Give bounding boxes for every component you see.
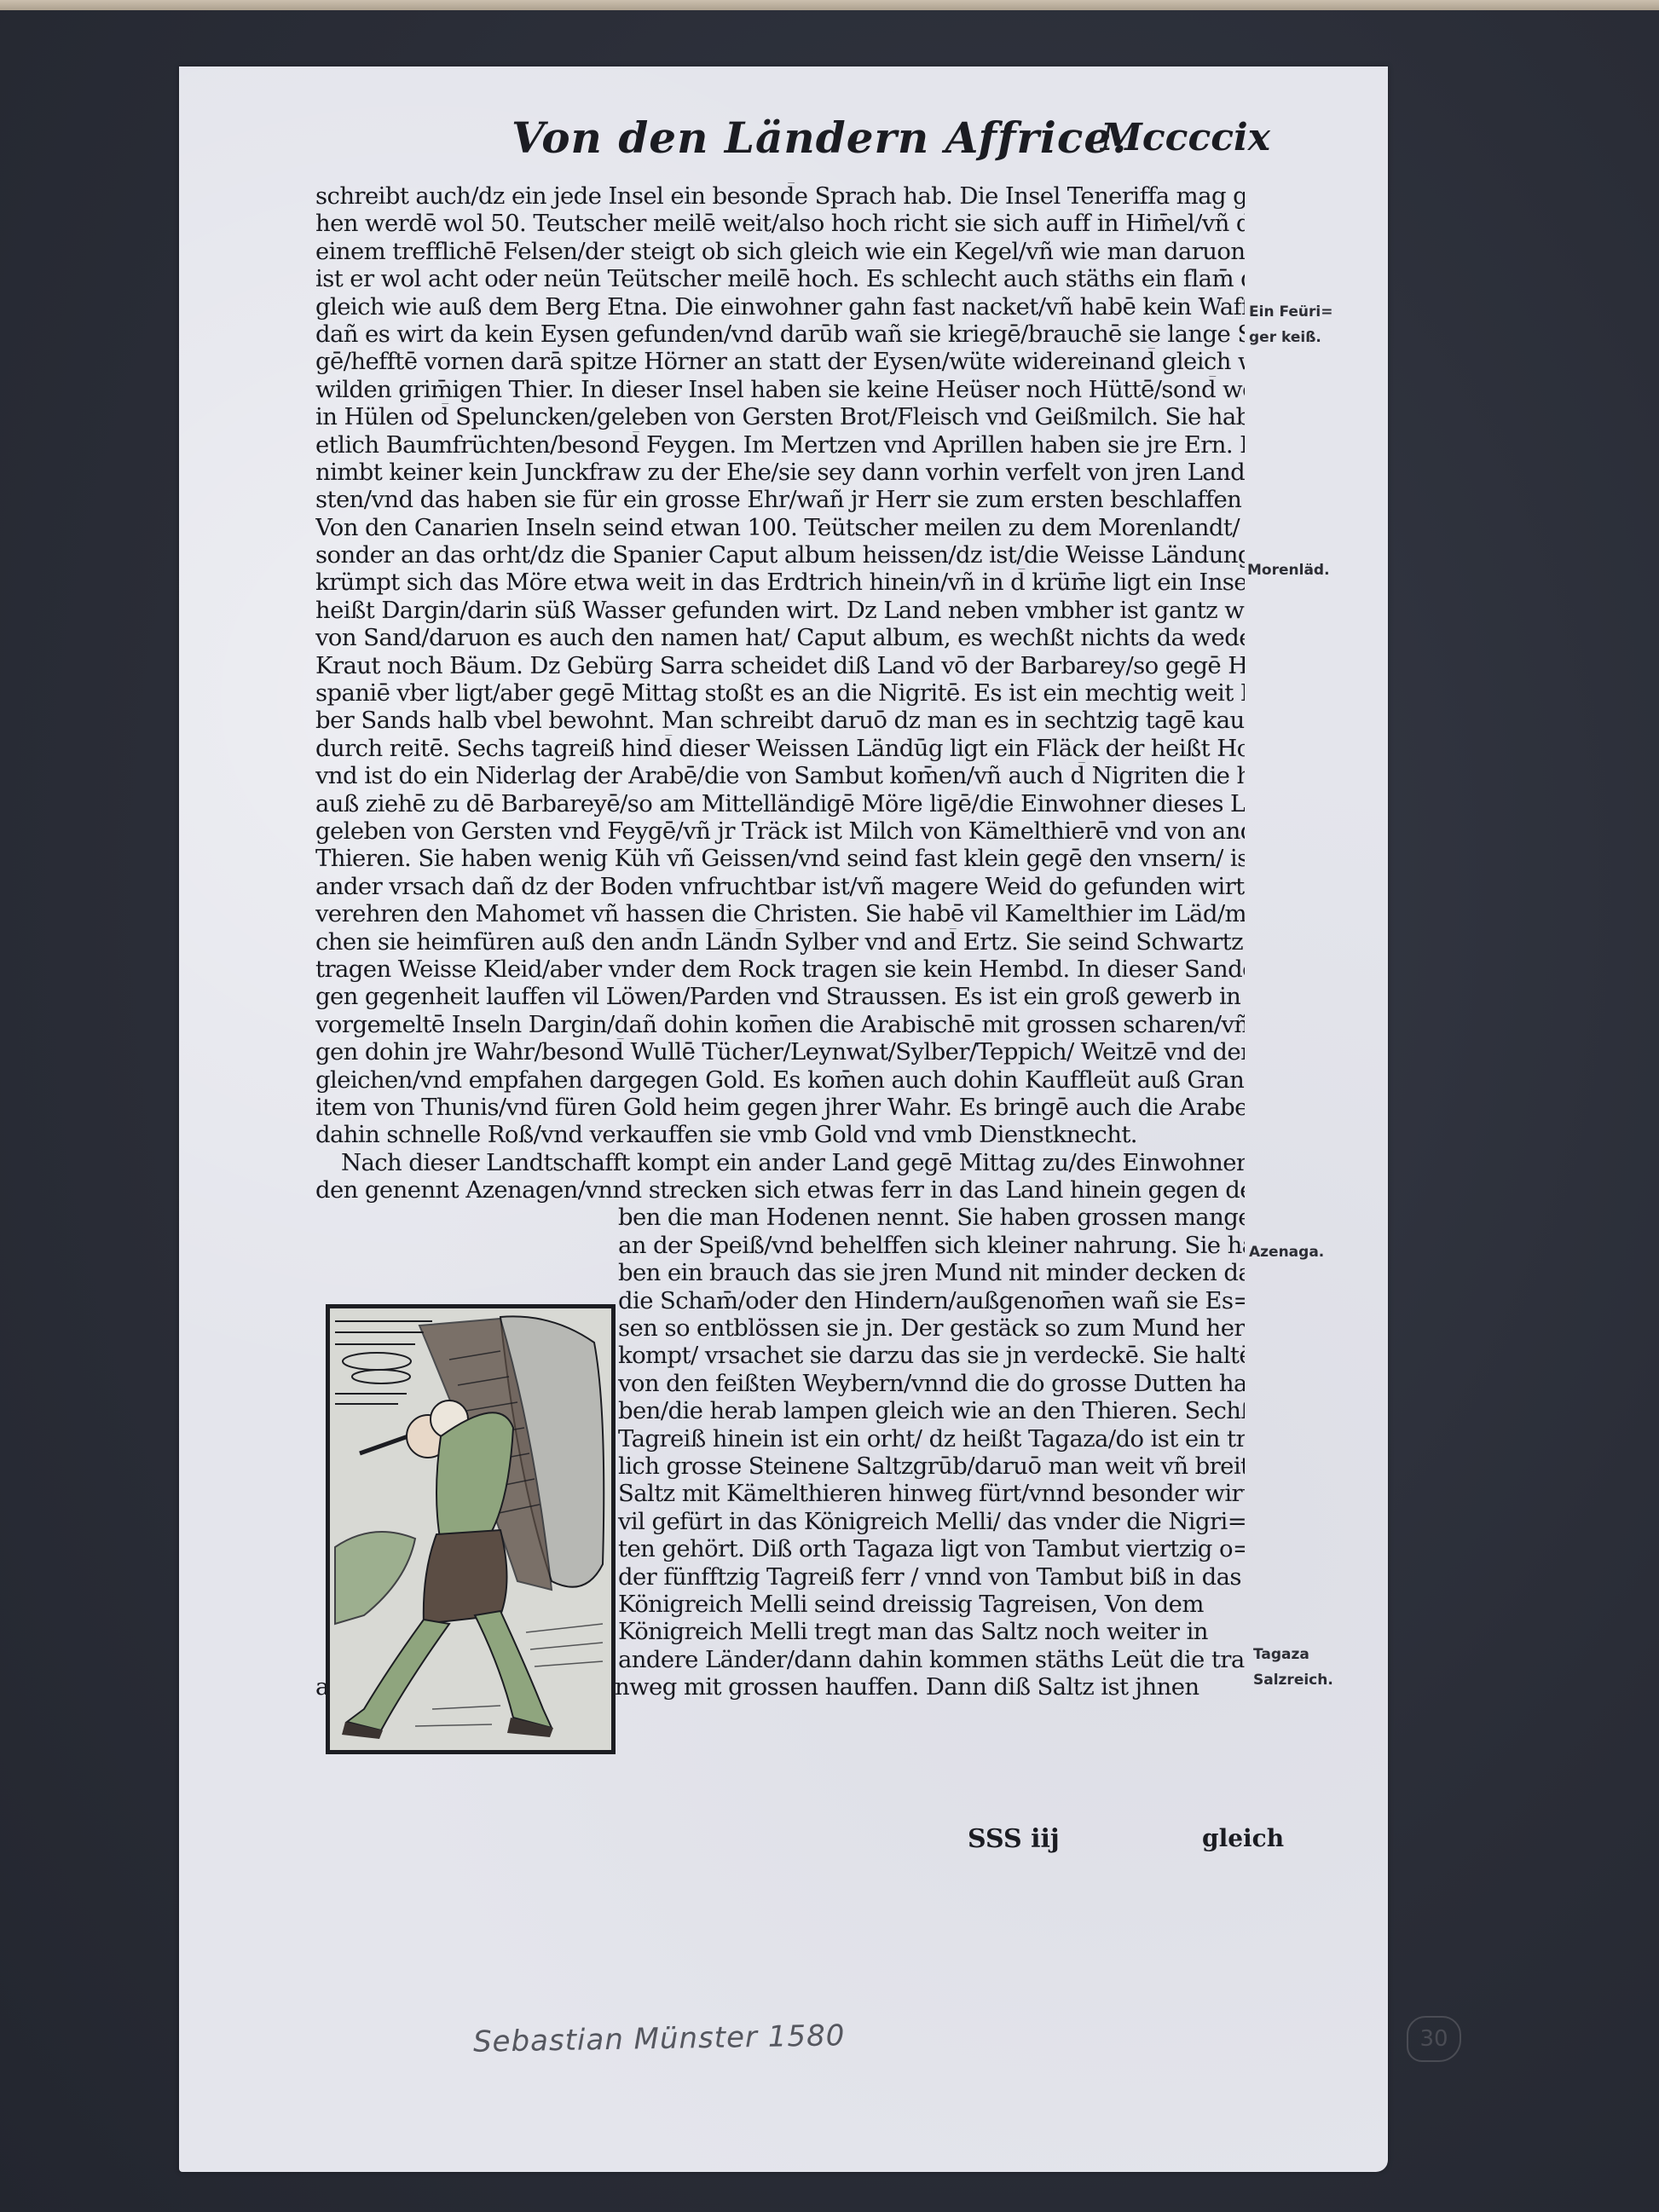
marginal-note-line: Salzreich. <box>1253 1671 1333 1689</box>
page-title: Von den Ländern Affrice. <box>512 113 1128 163</box>
text-line: in Hülen od̄ Speluncken/geleben von Gers… <box>315 403 1245 430</box>
marginal-note-line: Ein Feüri= <box>1249 303 1332 321</box>
text-line: dahin schnelle Roß/vnd verkauffen sie vm… <box>315 1121 1245 1148</box>
text-line: einem trefflichē Felsen/der steigt ob si… <box>315 238 1245 265</box>
text-line: etlich Baumfrüchten/besond̄ Feygen. Im M… <box>315 431 1245 459</box>
salt-carrier-figure-icon <box>330 1308 611 1750</box>
marginal-note-line: Azenaga. <box>1249 1243 1324 1262</box>
folio-number: Mccccix <box>1101 116 1270 159</box>
text-line: den genennt Azenagen/vnnd strecken sich … <box>315 1176 1245 1204</box>
marginal-note-morenland: Morenläd. <box>1247 561 1330 580</box>
text-line: spaniē vber ligt/aber gegē Mittag stoßt … <box>315 679 1245 707</box>
text-line: vorgemeltē Inseln Dargin/dañ dohin kom̄e… <box>315 1011 1245 1038</box>
text-line: gē/hefftē vornen darā spitze Hörner an s… <box>315 348 1245 375</box>
text-line: heißt Dargin/darin süß Wasser gefunden w… <box>315 597 1245 624</box>
catchword: gleich <box>1202 1824 1284 1852</box>
page-header: Von den Ländern Affrice. Mccccix <box>324 113 1270 181</box>
text-line: nimbt keiner kein Junckfraw zu der Ehe/s… <box>315 459 1245 486</box>
text-line: tragen Weisse Kleid/aber vnder dem Rock … <box>315 956 1245 983</box>
text-line: auß ziehē zu dē Barbareyē/so am Mittellä… <box>315 790 1245 817</box>
text-line: wilden grim̄igen Thier. In dieser Insel … <box>315 376 1245 403</box>
text-line: sonder an das orht/dz die Spanier Caput … <box>315 541 1245 569</box>
text-line: durch reitē. Sechs tagreiß hind̄ dieser … <box>315 735 1245 762</box>
marginal-note-fire-mountain: Ein Feüri= ger keiß. <box>1249 303 1332 347</box>
paragraph-start-line: Nach dieser Landtschafft kompt ein ander… <box>315 1149 1245 1176</box>
text-line: Kraut noch Bäum. Dz Gebürg Sarra scheide… <box>315 652 1245 679</box>
pencil-lot-number: 30 <box>1407 2016 1461 2062</box>
text-line: von Sand/daruon es auch den namen hat/ C… <box>315 624 1245 651</box>
text-line: Thieren. Sie haben wenig Küh vñ Geissen/… <box>315 845 1245 872</box>
text-line: ander vrsach dañ dz der Boden vnfruchtba… <box>315 873 1245 900</box>
text-line: gleichen/vnd empfahen dargegen Gold. Es … <box>315 1066 1245 1094</box>
text-line: sten/vnd das haben sie für ein grosse Eh… <box>315 486 1245 513</box>
marginal-note-tagaza: Tagaza Salzreich. <box>1253 1645 1333 1689</box>
text-line: verehren den Mahomet vñ hassen die Chris… <box>315 900 1245 927</box>
text-line: an der Speiß/vnd behelffen sich kleiner … <box>315 1232 1245 1259</box>
marginal-note-azenaga: Azenaga. <box>1249 1243 1324 1262</box>
text-line: gen gegenheit lauffen vil Löwen/Parden v… <box>315 983 1245 1010</box>
text-line: schreibt auch/dz ein jede Insel ein beso… <box>315 182 1245 210</box>
text-line: geleben von Gersten vnd Feygē/vñ jr Träc… <box>315 817 1245 845</box>
text-line: chen sie heimfüren auß den and̄n Länd̄n … <box>315 928 1245 956</box>
text-line: dañ es wirt da kein Eysen gefunden/vnd d… <box>315 321 1245 348</box>
marginal-note-line: ger keiß. <box>1249 328 1332 347</box>
text-line: ben die man Hodenen nennt. Sie haben gro… <box>315 1204 1245 1231</box>
text-line: ben ein brauch das sie jren Mund nit min… <box>315 1259 1245 1286</box>
text-line: ist er wol acht oder neün Teütscher meil… <box>315 265 1245 292</box>
text-line: ber Sands halb vbel bewohnt. Man schreib… <box>315 707 1245 734</box>
text-line: item von Thunis/vnd füren Gold heim gege… <box>315 1094 1245 1121</box>
text-line: Von den Canarien Inseln seind etwan 100.… <box>315 514 1245 541</box>
text-line: krümpt sich das Möre etwa weit in das Er… <box>315 569 1245 596</box>
text-line: hen werdē wol 50. Teutscher meilē weit/a… <box>315 210 1245 237</box>
text-line: gleich wie auß dem Berg Etna. Die einwoh… <box>315 293 1245 321</box>
signature-mark: SSS iij <box>968 1824 1060 1854</box>
marginal-note-line: Morenläd. <box>1247 561 1330 580</box>
marginal-note-line: Tagaza <box>1253 1645 1333 1664</box>
woodcut-illustration <box>326 1304 616 1754</box>
pencil-attribution-note: Sebastian Münster 1580 <box>473 2019 846 2059</box>
text-line: vnd ist do ein Niderlag der Arabē/die vo… <box>315 762 1245 789</box>
text-line: gen dohin jre Wahr/besond̄ Wullē Tücher/… <box>315 1038 1245 1066</box>
